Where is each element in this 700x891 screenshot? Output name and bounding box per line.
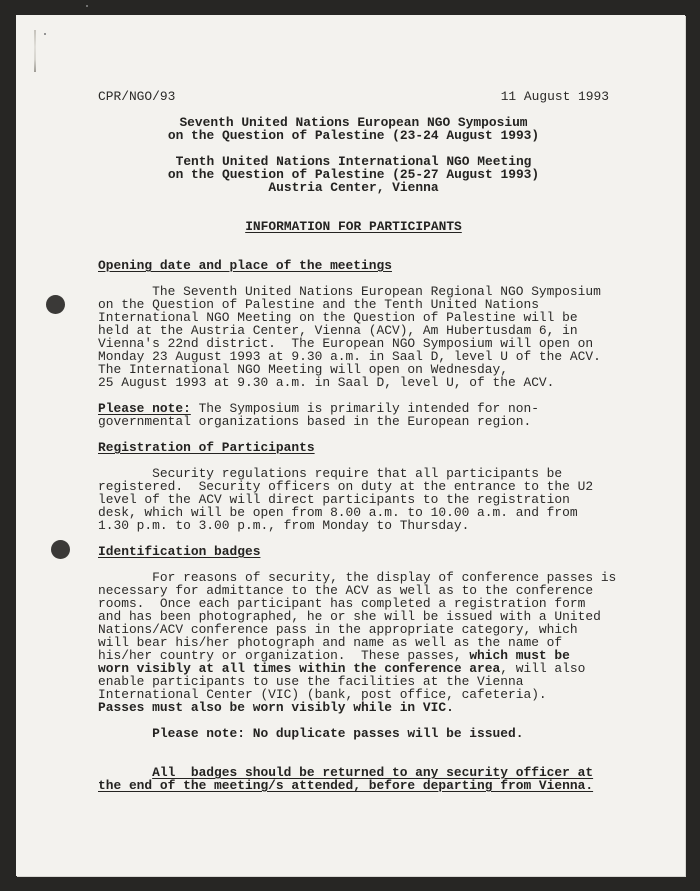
please-note-text: governmental organizations based in the … <box>98 415 531 428</box>
speck <box>86 5 88 7</box>
punch-hole-icon <box>51 540 70 559</box>
title-line: on the Question of Palestine (23-24 Augu… <box>98 129 609 142</box>
paragraph-line: 25 August 1993 at 9.30 a.m. in Saal D, l… <box>98 376 554 389</box>
duplicate-passes-note: Please note: No duplicate passes will be… <box>98 727 523 740</box>
document-date: 11 August 1993 <box>400 90 609 103</box>
staple-mark <box>34 30 36 72</box>
document-reference: CPR/NGO/93 <box>98 90 175 103</box>
section-heading-opening: Opening date and place of the meetings <box>98 259 392 272</box>
speck <box>44 33 46 35</box>
scanned-page: CPR/NGO/93 11 August 1993 Seventh United… <box>0 0 700 891</box>
return-badges-note: the end of the meeting/s attended, befor… <box>98 779 593 792</box>
title-line: Austria Center, Vienna <box>98 181 609 194</box>
main-heading: INFORMATION FOR PARTICIPANTS <box>98 220 609 233</box>
section-heading-registration: Registration of Participants <box>98 441 315 454</box>
section-heading-badges: Identification badges <box>98 545 260 558</box>
paragraph-line: 1.30 p.m. to 3.00 p.m., from Monday to T… <box>98 519 469 532</box>
passes-vic-note: Passes must also be worn visibly while i… <box>98 701 454 714</box>
punch-hole-icon <box>46 295 65 314</box>
